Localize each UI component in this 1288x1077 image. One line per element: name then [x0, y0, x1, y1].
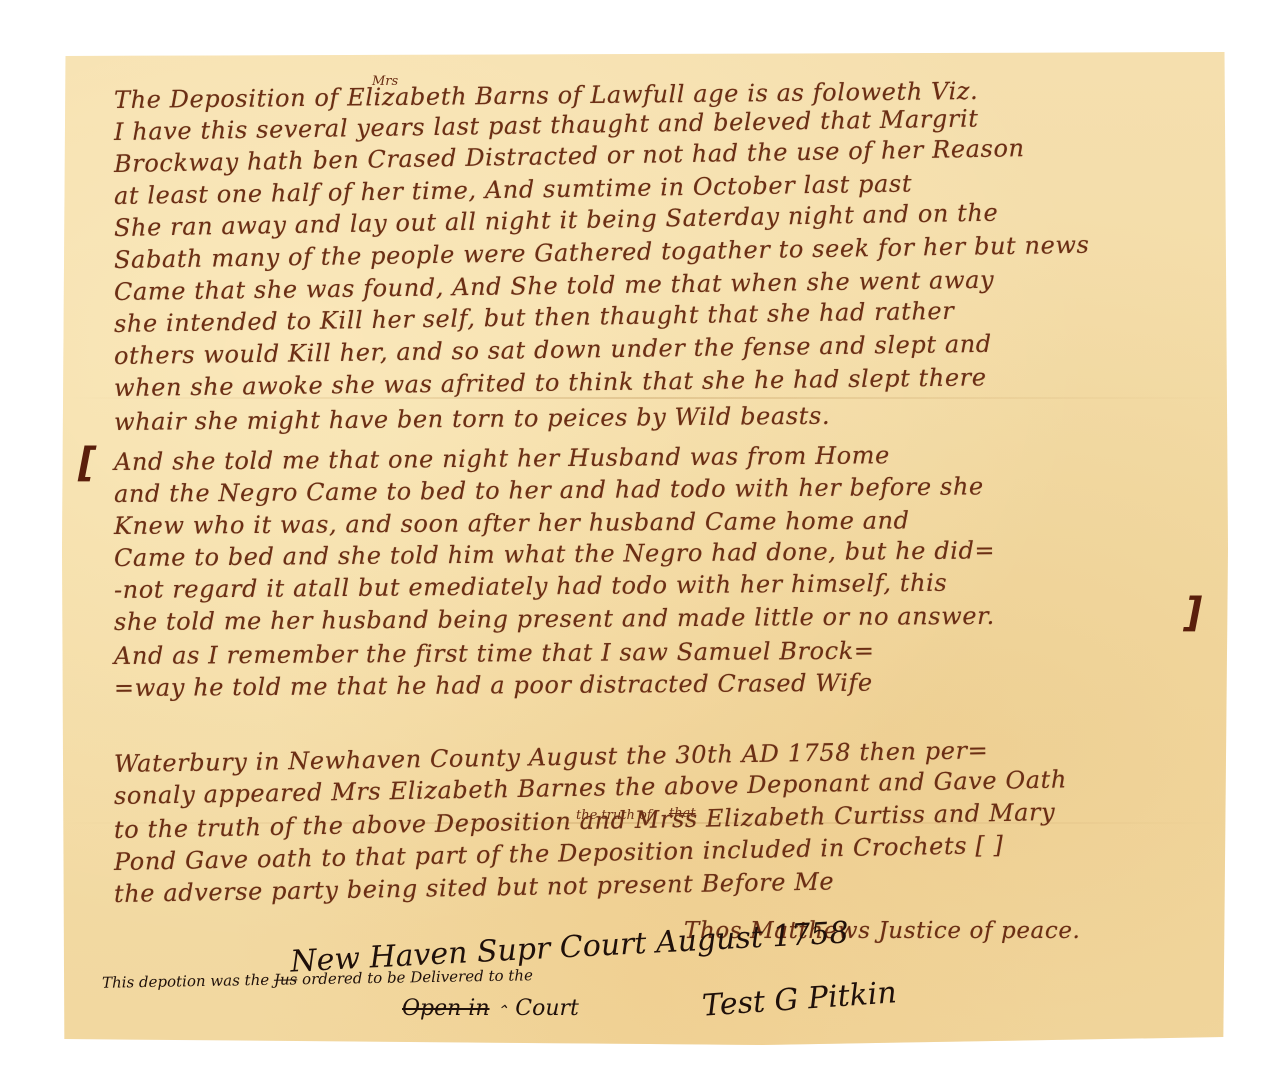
court-note-struck: Jus	[274, 970, 298, 988]
clerk-signature: Test G Pitkin	[701, 975, 898, 1024]
bracket-open: [	[78, 440, 96, 486]
body-line: Knew who it was, and soon after her husb…	[114, 506, 910, 540]
body-line: And as I remember the first time that I …	[114, 637, 875, 670]
bracket-close: ]	[1184, 590, 1202, 636]
body-line: =way he told me that he had a poor distr…	[114, 669, 873, 702]
court-note-prefix: This depotion was the	[102, 971, 269, 992]
court-note-line3: Open in ⌃ Court	[402, 996, 579, 1021]
body-line: -not regard it atall but emediately had …	[114, 569, 947, 604]
court-note-inserted-court: Court	[515, 996, 579, 1021]
body-line: And she told me that one night her Husba…	[114, 441, 890, 476]
body-line: Came to bed and she told him what the Ne…	[114, 536, 995, 572]
body-line: and the Negro Came to bed to her and had…	[114, 472, 984, 508]
court-note-struck-open-in: Open in	[402, 996, 490, 1021]
body-line: whair she might have ben torn to peices …	[114, 402, 830, 436]
document-paper: Mrs The Deposition of Elizabeth Barns of…	[62, 52, 1228, 1045]
body-line: she told me her husband being present an…	[114, 602, 995, 636]
court-note-line2: This depotion was the Jus ordered to be …	[102, 966, 533, 992]
court-note-rest: ordered to be Delivered to the	[302, 966, 533, 988]
scan-stage: Mrs The Deposition of Elizabeth Barns of…	[0, 0, 1288, 1077]
